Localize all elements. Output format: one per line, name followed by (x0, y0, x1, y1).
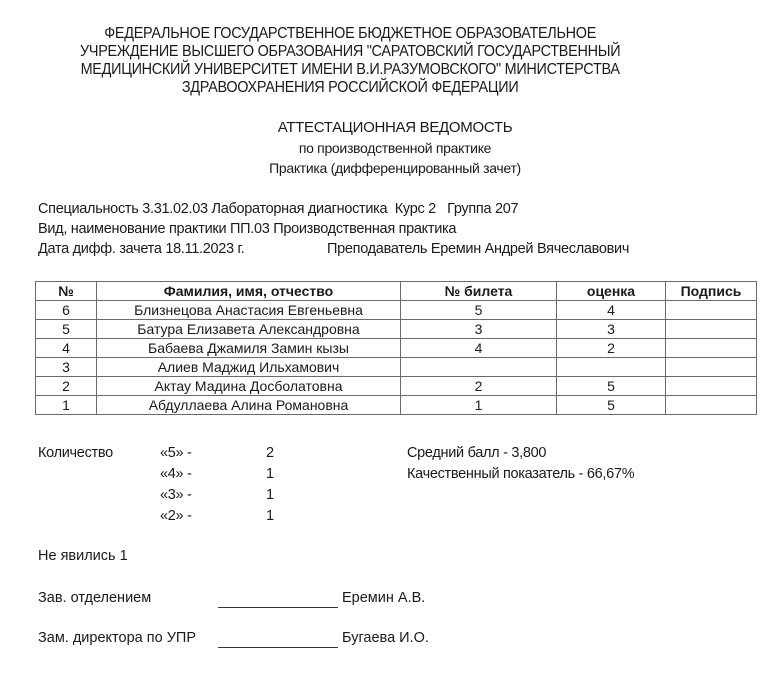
cell-number: 1 (36, 396, 97, 415)
cell-ticket (401, 358, 557, 377)
count-3-value: 1 (266, 487, 274, 503)
count-label: Количество (38, 445, 113, 461)
organization-header: ФЕДЕРАЛЬНОЕ ГОСУДАРСТВЕННОЕ БЮДЖЕТНОЕ ОБ… (25, 25, 676, 97)
cell-signature (666, 358, 757, 377)
cell-ticket: 2 (401, 377, 557, 396)
cell-ticket: 5 (401, 301, 557, 320)
absent-count: Не явились 1 (38, 548, 128, 564)
count-3-label: «3» - (160, 487, 192, 503)
col-ticket: № билета (401, 282, 557, 301)
table-row: 4 Бабаева Джамиля Замин кызы 4 2 (36, 339, 757, 358)
cell-signature (666, 339, 757, 358)
signature-line (218, 607, 338, 608)
signature-line (218, 647, 338, 648)
cell-name: Актау Мадина Досболатовна (97, 377, 401, 396)
count-4-value: 1 (266, 466, 274, 482)
quality-indicator: Качественный показатель - 66,67% (407, 466, 634, 482)
table-row: 5 Батура Елизавета Александровна 3 3 (36, 320, 757, 339)
signature-role: Зав. отделением (38, 590, 151, 606)
cell-grade: 4 (557, 301, 666, 320)
cell-ticket: 4 (401, 339, 557, 358)
cell-number: 3 (36, 358, 97, 377)
org-line: МЕДИЦИНСКИЙ УНИВЕРСИТЕТ ИМЕНИ В.И.РАЗУМО… (25, 61, 676, 79)
cell-name: Алиев Маджид Ильхамович (97, 358, 401, 377)
cell-signature (666, 396, 757, 415)
table-row: 6 Близнецова Анастасия Евгеньевна 5 4 (36, 301, 757, 320)
average-score: Средний балл - 3,800 (407, 445, 546, 461)
col-number: № (36, 282, 97, 301)
org-line: ЗДРАВООХРАНЕНИЯ РОССИЙСКОЙ ФЕДЕРАЦИИ (25, 79, 676, 97)
cell-number: 4 (36, 339, 97, 358)
cell-number: 6 (36, 301, 97, 320)
count-5-value: 2 (266, 445, 274, 461)
cell-number: 5 (36, 320, 97, 339)
title-main: АТТЕСТАЦИОННАЯ ВЕДОМОСТЬ (0, 118, 780, 138)
cell-name: Абдуллаева Алина Романовна (97, 396, 401, 415)
cell-grade (557, 358, 666, 377)
col-name: Фамилия, имя, отчество (97, 282, 401, 301)
signature-role: Зам. директора по УПР (38, 630, 196, 646)
col-grade: оценка (557, 282, 666, 301)
cell-name: Батура Елизавета Александровна (97, 320, 401, 339)
table-row: 1 Абдуллаева Алина Романовна 1 5 (36, 396, 757, 415)
org-line: УЧРЕЖДЕНИЕ ВЫСШЕГО ОБРАЗОВАНИЯ "САРАТОВС… (25, 43, 676, 61)
cell-ticket: 1 (401, 396, 557, 415)
count-5-label: «5» - (160, 445, 192, 461)
document-title: АТТЕСТАЦИОННАЯ ВЕДОМОСТЬ по производстве… (0, 118, 780, 178)
cell-grade: 5 (557, 377, 666, 396)
table-header-row: № Фамилия, имя, отчество № билета оценка… (36, 282, 757, 301)
table-row: 3 Алиев Маджид Ильхамович (36, 358, 757, 377)
teacher-line: Преподаватель Еремин Андрей Вячеславович (327, 241, 629, 257)
org-line: ФЕДЕРАЛЬНОЕ ГОСУДАРСТВЕННОЕ БЮДЖЕТНОЕ ОБ… (25, 25, 676, 43)
practice-line: Вид, наименование практики ПП.03 Произво… (38, 221, 456, 237)
cell-grade: 2 (557, 339, 666, 358)
cell-ticket: 3 (401, 320, 557, 339)
cell-signature (666, 301, 757, 320)
cell-grade: 3 (557, 320, 666, 339)
date-line: Дата дифф. зачета 18.11.2023 г. (38, 241, 245, 257)
signature-name: Бугаева И.О. (342, 630, 429, 646)
title-sub2: Практика (дифференцированный зачет) (0, 158, 780, 178)
count-4-label: «4» - (160, 466, 192, 482)
grades-table: № Фамилия, имя, отчество № билета оценка… (35, 281, 757, 415)
cell-grade: 5 (557, 396, 666, 415)
col-signature: Подпись (666, 282, 757, 301)
count-2-value: 1 (266, 508, 274, 524)
signature-name: Еремин А.В. (342, 590, 425, 606)
specialty-line: Специальность 3.31.02.03 Лабораторная ди… (38, 201, 518, 217)
cell-signature (666, 377, 757, 396)
table-row: 2 Актау Мадина Досболатовна 2 5 (36, 377, 757, 396)
cell-name: Бабаева Джамиля Замин кызы (97, 339, 401, 358)
cell-number: 2 (36, 377, 97, 396)
cell-name: Близнецова Анастасия Евгеньевна (97, 301, 401, 320)
title-sub1: по производственной практике (0, 138, 780, 158)
count-2-label: «2» - (160, 508, 192, 524)
cell-signature (666, 320, 757, 339)
